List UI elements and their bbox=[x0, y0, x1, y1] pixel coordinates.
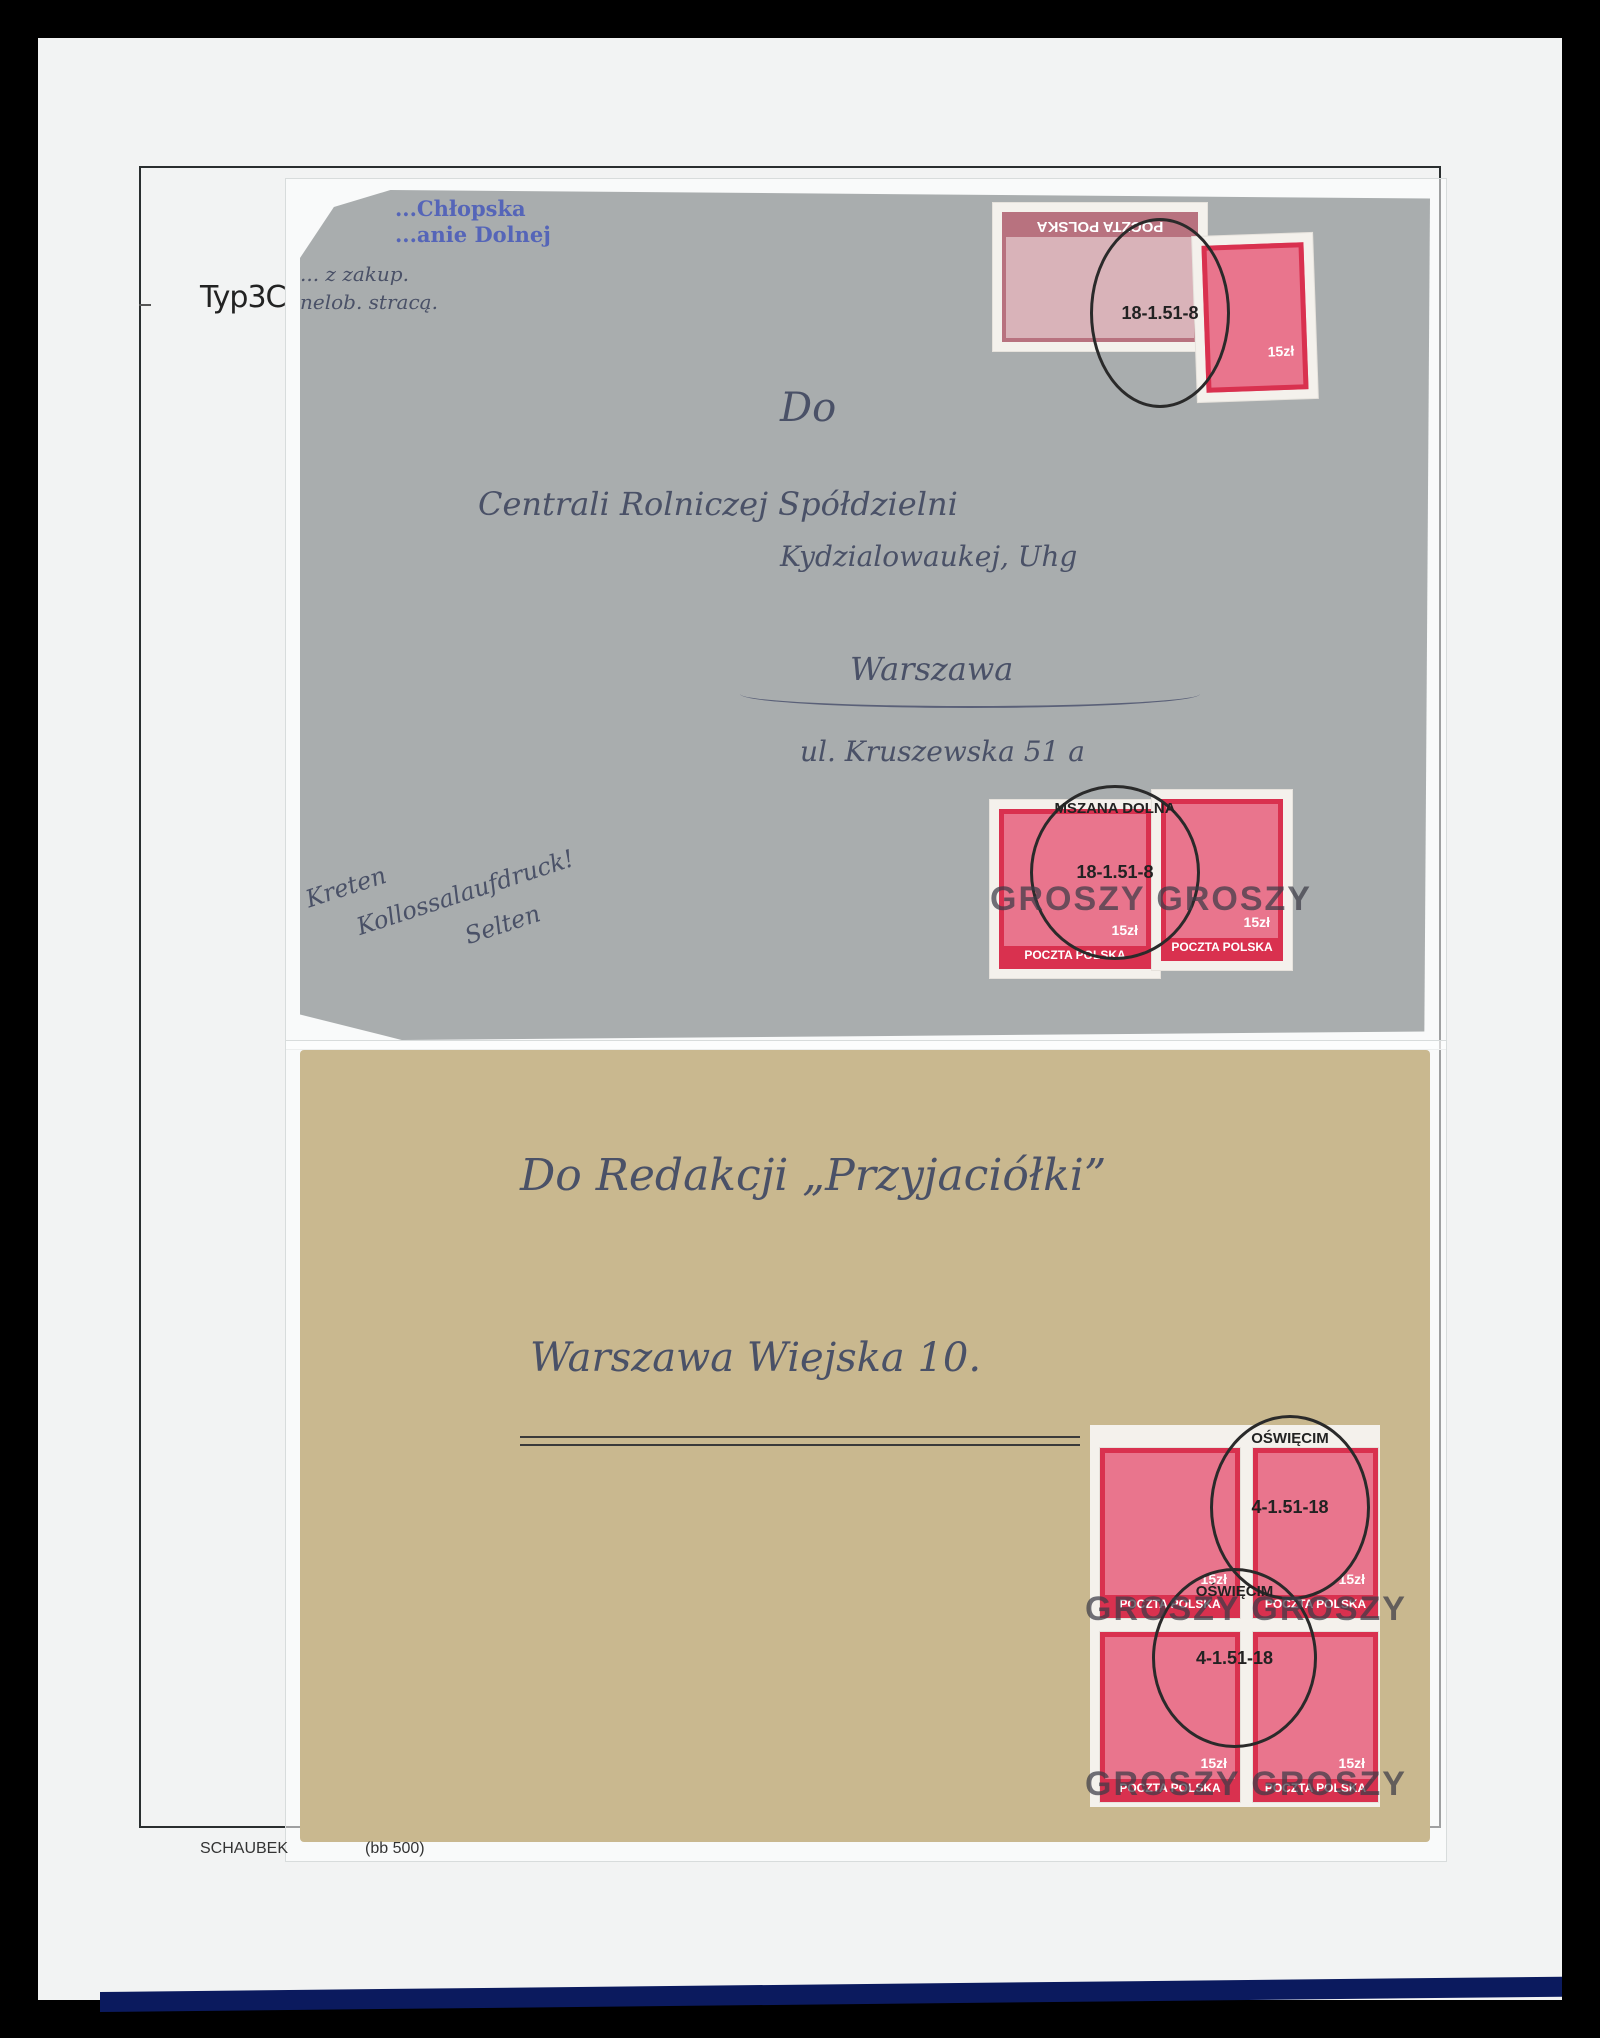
postmark: 18-1.51-8 bbox=[1090, 218, 1230, 408]
stamp-caption: POCZTA POLSKA bbox=[1166, 938, 1278, 956]
address-underline bbox=[740, 680, 1200, 708]
postmark-town: MSZANA DOLNA bbox=[1033, 800, 1197, 817]
handwriting-line: ... z zakup. bbox=[300, 260, 438, 288]
postmark: MSZANA DOLNA 18-1.51-8 bbox=[1030, 785, 1200, 960]
sender-stamp-line: ...anie Dolnej bbox=[395, 222, 551, 248]
stamp-value: 15zł bbox=[1267, 343, 1294, 360]
sender-stamp: ...Chłopska ...anie Dolnej bbox=[395, 196, 551, 248]
footer-code: (bb 500) bbox=[365, 1840, 425, 1858]
address-line: Do bbox=[780, 385, 836, 431]
address-line: Kydzialowaukej, Uhg bbox=[780, 540, 1077, 573]
address-line: ul. Kruszewska 51 a bbox=[800, 735, 1085, 768]
postmark-date: 18-1.51-8 bbox=[1121, 303, 1198, 324]
overprint: GROSZY GROSZY bbox=[990, 880, 1312, 919]
postmark-date: 4-1.51-18 bbox=[1251, 1497, 1328, 1518]
overprint: GROSZY GROSZY bbox=[1085, 1765, 1407, 1804]
sender-stamp-line: ...Chłopska bbox=[395, 196, 551, 222]
footer-brand: SCHAUBEK bbox=[200, 1840, 288, 1858]
handwriting-line: nelob. stracą. bbox=[300, 288, 438, 316]
postmark-town: OŚWIĘCIM bbox=[1213, 1430, 1367, 1447]
address-line: Do Redakcji „Przyjaciółki” bbox=[520, 1150, 1106, 1201]
sender-handwriting: ... z zakup. nelob. stracą. bbox=[300, 260, 438, 316]
postmark-date: 4-1.51-18 bbox=[1196, 1648, 1273, 1669]
overprint: GROSZY GROSZY bbox=[1085, 1590, 1407, 1629]
address-underline bbox=[520, 1436, 1080, 1446]
frame-tick bbox=[139, 304, 151, 306]
address-line: Centrali Rolniczej Spółdzielni bbox=[478, 485, 958, 523]
address-line: Warszawa Wiejska 10. bbox=[530, 1335, 981, 1381]
type-label: Typ3C bbox=[200, 280, 285, 315]
